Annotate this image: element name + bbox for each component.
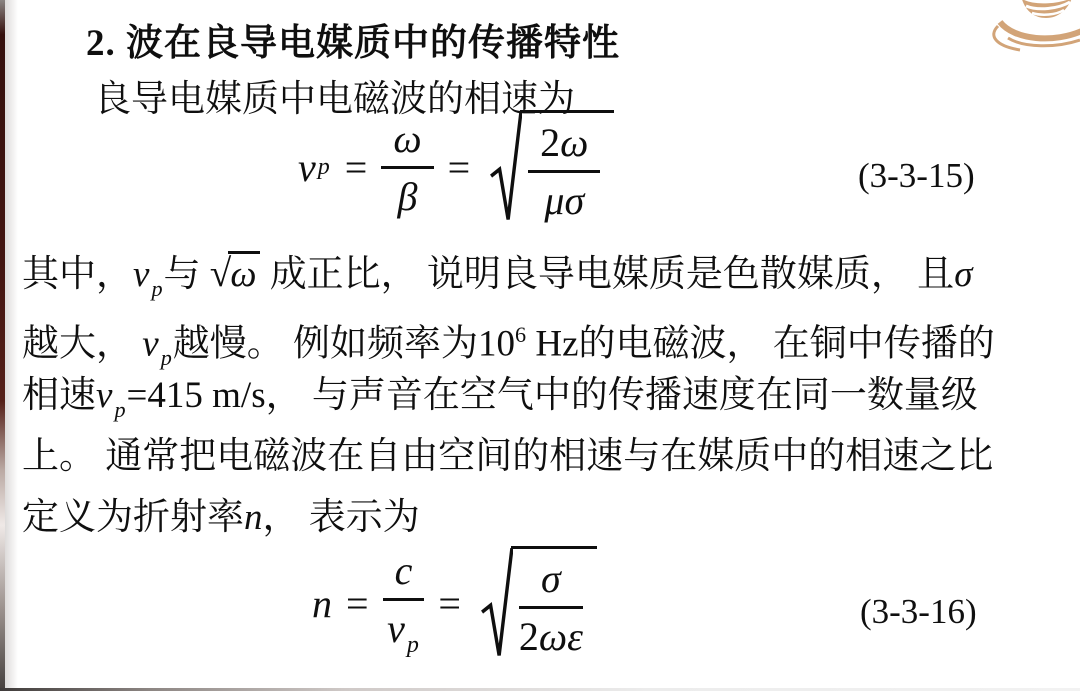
body-paragraph: 其中，vp与 √ω 成正比， 说明良导电媒质是色散媒质， 且σ 越大， vp越慢… — [22, 243, 1062, 548]
var-v: v — [96, 375, 112, 416]
text: 成正比， 说明良导电媒质是色散媒质， 且 — [260, 254, 954, 295]
fraction-sigma-2omegaepsilon: σ 2ωε — [519, 555, 583, 660]
equation-number-3-3-16: (3-3-16) — [860, 592, 977, 632]
paragraph-line-4: 上。 通常把电磁波在自由空间的相速与在媒质中的相速之比 — [22, 426, 1062, 487]
numerator-sigma: σ — [519, 555, 583, 609]
text: 定义为折射率 — [22, 497, 244, 538]
var-omega-epsilon: ωε — [539, 614, 583, 659]
text: Hz的电磁波， 在铜中传播的 — [526, 323, 995, 364]
denominator-beta: β — [381, 169, 433, 220]
square-root: σ 2ωε — [481, 546, 597, 660]
text: 越大， — [22, 323, 142, 364]
equation-3-3-16: n = c vp = σ 2ωε — [312, 546, 597, 660]
var-sigma: σ — [954, 254, 972, 295]
coffee-cup-icon — [984, 0, 1080, 66]
equals-sign: = — [438, 580, 461, 627]
inline-sqrt-omega: √ω — [210, 254, 261, 295]
text: 与 — [164, 254, 210, 295]
fraction-2omega-musigma: 2ω μσ — [528, 119, 600, 224]
equation-number-3-3-15: (3-3-15) — [858, 156, 975, 196]
numerator-omega: ω — [381, 115, 433, 169]
paragraph-line-2: 越大， vp越慢。 例如频率为106 Hz的电磁波， 在铜中传播的 — [22, 304, 1062, 365]
denominator-musigma: μσ — [528, 173, 600, 224]
text: =415 m/s， 与声音在空气中的传播速度在同一数量级 — [127, 375, 978, 416]
text: 其中， — [22, 254, 133, 295]
denominator-2omegaepsilon: 2ωε — [519, 609, 583, 660]
sub-p: p — [151, 276, 162, 301]
text: 10 — [478, 323, 515, 364]
slide-title: 2. 波在良导电媒质中的传播特性 — [86, 12, 620, 66]
fraction-c-vp: c vp — [383, 547, 425, 660]
radical-tick-icon — [481, 546, 513, 660]
sub-p: p — [114, 397, 125, 422]
slide: 2. 波在良导电媒质中的传播特性 良导电媒质中电磁波的相速为 vp = ω β … — [0, 0, 1080, 691]
paragraph-line-5: 定义为折射率n， 表示为 — [22, 487, 1062, 548]
digit-2: 2 — [519, 614, 539, 659]
text: ， 表示为 — [263, 497, 420, 538]
sub-p: p — [407, 632, 419, 658]
left-border-shadow — [5, 0, 18, 691]
var-omega: ω — [560, 120, 588, 165]
paragraph-line-1: 其中，vp与 √ω 成正比， 说明良导电媒质是色散媒质， 且σ — [22, 243, 1062, 304]
text: 相速 — [22, 375, 96, 416]
radical-tick-icon — [490, 110, 522, 224]
equals-sign: = — [346, 580, 369, 627]
equals-sign: = — [448, 144, 471, 191]
square-root: 2ω μσ — [490, 110, 614, 224]
equation-3-3-15: vp = ω β = 2ω μσ — [298, 110, 614, 224]
radicand: 2ω μσ — [520, 110, 614, 224]
var-omega: ω — [228, 251, 260, 295]
sub-p: p — [318, 154, 330, 181]
var-n: n — [244, 497, 263, 538]
var-v: v — [298, 144, 316, 191]
text: 越慢。 例如频率为 — [173, 323, 478, 364]
var-v: v — [387, 606, 405, 651]
var-v: v — [142, 323, 158, 364]
text: 上。 通常把电磁波在自由空间的相速与在媒质中的相速之比 — [22, 436, 993, 477]
var-v: v — [133, 254, 149, 295]
denominator-vp: vp — [383, 601, 425, 660]
paragraph-line-3: 相速vp=415 m/s， 与声音在空气中的传播速度在同一数量级 — [22, 365, 1062, 426]
equals-sign: = — [345, 144, 368, 191]
numerator-2omega: 2ω — [528, 119, 600, 173]
var-n: n — [312, 580, 332, 627]
numerator-c: c — [383, 547, 425, 601]
superscript-6: 6 — [515, 322, 526, 347]
radicand: σ 2ωε — [511, 546, 597, 660]
fraction-omega-beta: ω β — [381, 115, 433, 220]
digit-2: 2 — [540, 120, 560, 165]
